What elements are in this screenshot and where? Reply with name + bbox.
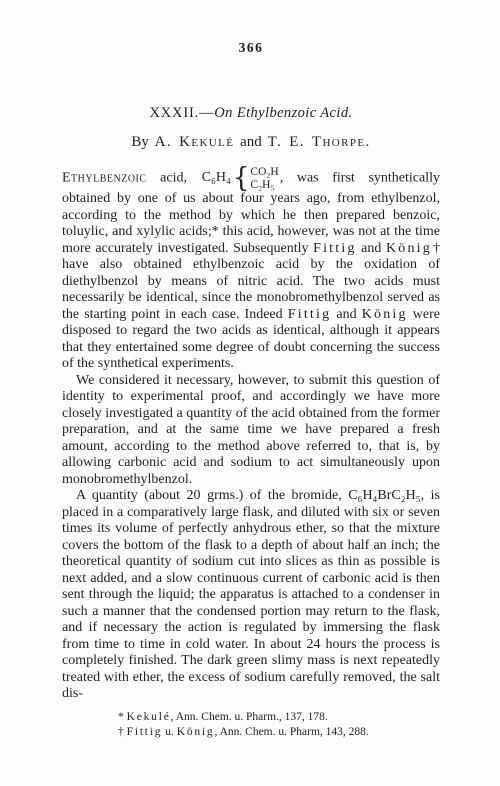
footnotes: * Kekulé, Ann. Chem. u. Pharm., 137, 178… — [118, 710, 500, 741]
footnote-kekule-reference: * Kekulé, Ann. Chem. u. Pharm., 137, 178… — [118, 710, 500, 726]
article-title: XXXII.—On Ethylbenzoic Acid. — [62, 105, 440, 122]
paragraph-procedure: A quantity (about 20 grms.) of the bromi… — [62, 488, 440, 703]
byline: By A. Kekulé and T. E. Thorpe. — [62, 134, 440, 151]
page-number: 366 — [62, 40, 440, 56]
chemical-formula: C₆H₄{CO₂HC₂H₅ — [202, 166, 279, 191]
paragraph-identity-question: We considered it necessary, however, to … — [62, 373, 440, 489]
footnote-fittig-koenig-reference: † Fittig u. König, Ann. Chem. u. Pharm, … — [118, 725, 500, 741]
article-body: Ethylbenzoic acid, C₆H₄{CO₂HC₂H₅, was fi… — [62, 166, 440, 703]
formula-brace: { — [231, 170, 251, 187]
document-page: 366 XXXII.—On Ethylbenzoic Acid. By A. K… — [0, 0, 500, 786]
paragraph-intro: Ethylbenzoic acid, C₆H₄{CO₂HC₂H₅, was fi… — [62, 166, 440, 373]
